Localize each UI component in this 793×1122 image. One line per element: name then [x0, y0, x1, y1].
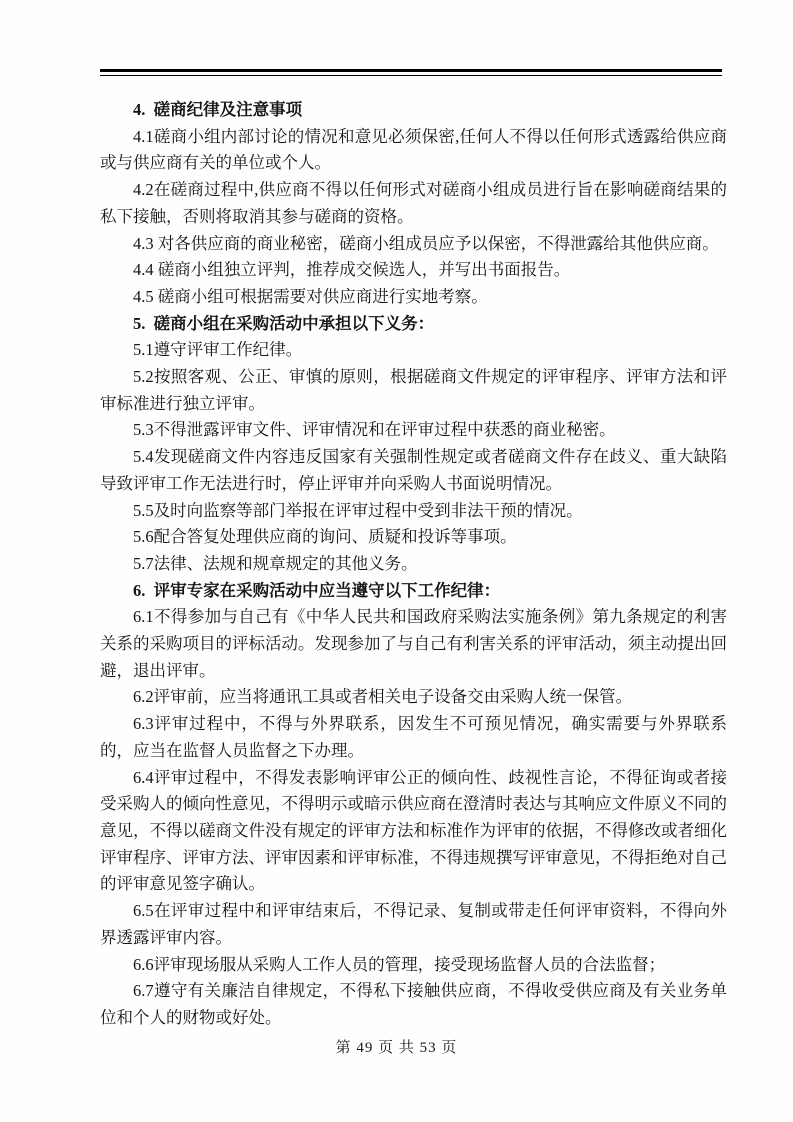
para-6-1: 6.1不得参加与自己有《中华人民共和国政府采购法实施条例》第九条规定的利害关系的…	[100, 604, 727, 684]
header-double-rule	[100, 69, 722, 76]
para-6-3: 6.3评审过程中，不得与外界联系，因发生不可预见情况，确实需要与外界联系的，应当…	[100, 711, 727, 764]
section-heading-5: 5. 磋商小组在采购活动中承担以下义务：	[100, 311, 727, 338]
para-4-3: 4.3 对各供应商的商业秘密，磋商小组成员应予以保密，不得泄露给其他供应商。	[100, 231, 727, 258]
para-4-4: 4.4 磋商小组独立评判，推荐成交候选人，并写出书面报告。	[100, 257, 727, 284]
para-4-2: 4.2在磋商过程中,供应商不得以任何形式对磋商小组成员进行旨在影响磋商结果的私下…	[100, 177, 727, 230]
page-footer: 第 49 页 共 53 页	[0, 1036, 793, 1057]
para-5-1: 5.1遵守评审工作纪律。	[100, 337, 727, 364]
para-4-1: 4.1磋商小组内部讨论的情况和意见必须保密,任何人不得以任何形式透露给供应商或与…	[100, 124, 727, 177]
para-5-6: 5.6配合答复处理供应商的询问、质疑和投诉等事项。	[100, 524, 727, 551]
document-page: 4. 磋商纪律及注意事项 4.1磋商小组内部讨论的情况和意见必须保密,任何人不得…	[0, 0, 793, 1122]
para-5-7: 5.7法律、法规和规章规定的其他义务。	[100, 551, 727, 578]
para-6-7: 6.7遵守有关廉洁自律规定，不得私下接触供应商，不得收受供应商及有关业务单位和个…	[100, 978, 727, 1031]
para-5-2: 5.2按照客观、公正、审慎的原则，根据磋商文件规定的评审程序、评审方法和评审标准…	[100, 364, 727, 417]
para-6-2: 6.2评审前，应当将通讯工具或者相关电子设备交由采购人统一保管。	[100, 684, 727, 711]
para-6-5: 6.5在评审过程中和评审结束后，不得记录、复制或带走任何评审资料，不得向外界透露…	[100, 898, 727, 951]
para-5-4: 5.4发现磋商文件内容违反国家有关强制性规定或者磋商文件存在歧义、重大缺陷导致评…	[100, 444, 727, 497]
para-6-4: 6.4评审过程中，不得发表影响评审公正的倾向性、歧视性言论，不得征询或者接受采购…	[100, 765, 727, 899]
section-heading-4: 4. 磋商纪律及注意事项	[100, 97, 727, 124]
para-4-5: 4.5 磋商小组可根据需要对供应商进行实地考察。	[100, 284, 727, 311]
section-heading-6: 6. 评审专家在采购活动中应当遵守以下工作纪律：	[100, 578, 727, 605]
para-5-5: 5.5及时向监察等部门举报在评审过程中受到非法干预的情况。	[100, 498, 727, 525]
document-body: 4. 磋商纪律及注意事项 4.1磋商小组内部讨论的情况和意见必须保密,任何人不得…	[100, 97, 727, 1032]
para-5-3: 5.3不得泄露评审文件、评审情况和在评审过程中获悉的商业秘密。	[100, 417, 727, 444]
para-6-6: 6.6评审现场服从采购人工作人员的管理，接受现场监督人员的合法监督；	[100, 952, 727, 979]
